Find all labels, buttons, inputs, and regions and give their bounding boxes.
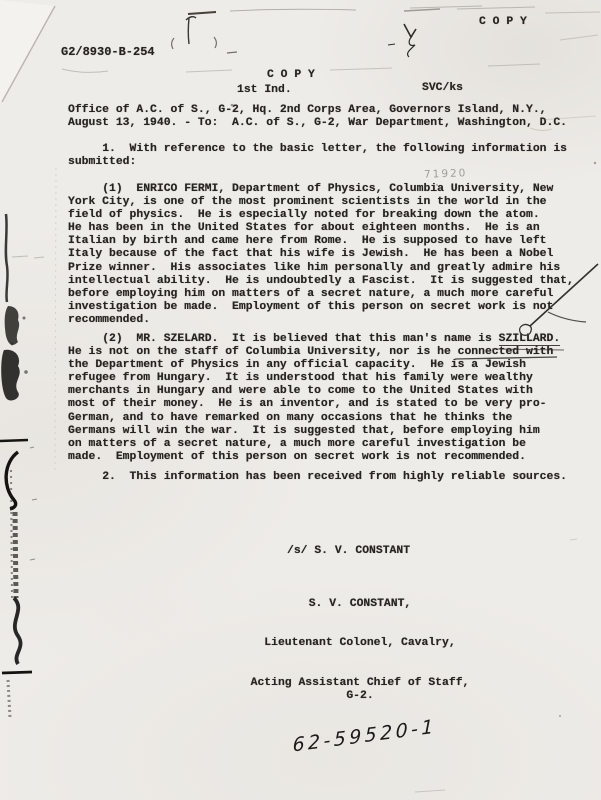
signature-title: Acting Assistant Chief of Staff, G-2. — [250, 677, 470, 703]
item-2-lead-text: (2) MR. SZELARD. It is believed that thi… — [68, 333, 499, 345]
indorsement-label: 1st Ind. — [237, 84, 292, 97]
signature-name: S. V. CONSTANT, — [250, 598, 470, 611]
underlined-name-szillard: SZILLARD. — [499, 333, 561, 346]
left-binding-marks — [0, 214, 37, 718]
signature-sig-line: /s/ S. V. CONSTANT — [287, 545, 410, 558]
signature-block: S. V. CONSTANT, Lieutenant Colonel, Cava… — [250, 572, 470, 729]
file-reference-number: G2/8930-B-254 — [61, 46, 155, 59]
item-2-rest-text: He is not on the staff of Columbia Unive… — [68, 346, 553, 463]
paragraph-2: 2. This information has been received fr… — [68, 471, 567, 484]
pen-mark-parens — [172, 37, 237, 53]
corner-fold-crease — [0, 0, 55, 102]
pen-checkmark — [388, 24, 416, 57]
paragraph-1: 1. With reference to the basic letter, t… — [68, 143, 567, 169]
letterhead-address: Office of A.C. of S., G-2, Hq. 2nd Corps… — [68, 104, 567, 130]
item-1-fermi: (1) ENRICO FERMI, Department of Physics,… — [68, 183, 574, 327]
copy-stamp-top-right: C O P Y — [479, 16, 527, 29]
signature-rank: Lieutenant Colonel, Cavalry, — [250, 637, 470, 650]
document-scan-page: C O P Y G2/8930-B-254 C O P Y 1st Ind. S… — [0, 0, 601, 800]
item-2-szilard: (2) MR. SZELARD. It is believed that thi… — [68, 333, 560, 464]
faint-stamp-number: 71920 — [424, 167, 468, 182]
pen-mark-bracket — [186, 17, 196, 44]
reference-initials: SVC/ks — [422, 82, 463, 95]
margin-crease-line — [55, 168, 56, 470]
copy-stamp-center: C O P Y — [267, 69, 315, 82]
